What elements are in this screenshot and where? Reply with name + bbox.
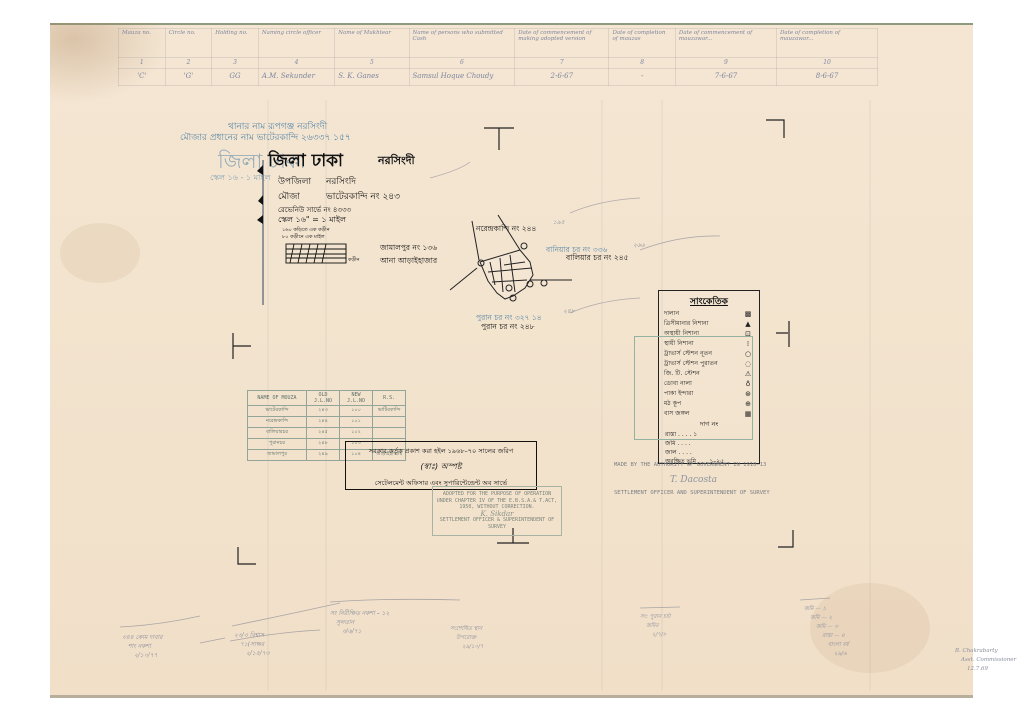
legend-item: মঠ কূপ⊕ xyxy=(659,399,759,409)
table-cell: ২৪৪ xyxy=(307,417,340,428)
pencil-annotation: ২৯/৬ xyxy=(834,651,847,659)
pencil-annotation: B. Chakrabarty xyxy=(955,648,998,654)
legend-item-label: বাস জঙ্গল xyxy=(664,409,690,419)
legend-symbol-icon: ▲ xyxy=(742,319,754,329)
pencil-annotation: ২/৭/৮ xyxy=(652,632,666,640)
table-header: R.S. xyxy=(373,391,406,406)
pencil-annotation: ৩/৬/৭১ xyxy=(342,626,362,637)
table-cell: ২৪৫ xyxy=(307,428,340,439)
table-cell: ভাটেরকান্দি xyxy=(248,406,307,417)
legend-item: দালান▩ xyxy=(659,309,759,319)
legend-symbol-icon: ◌ xyxy=(742,359,754,369)
legend-box: সাংকেতিক দালান▩ত্রিসীমানার নিশানা▲অস্থায… xyxy=(658,290,760,464)
legend-symbol-icon: ⁞ xyxy=(742,339,754,349)
legend-footer-item: জমি . . . . xyxy=(665,439,759,448)
certificate-line-1: সরকার কর্তৃক প্রকাশ করা হইল ১৯৬৮–৭০ সালে… xyxy=(346,446,536,457)
table-cell: ১০০ xyxy=(340,406,373,417)
made-by-officer: SETTLEMENT OFFICER AND SUPERINTENDENT OF… xyxy=(614,490,770,496)
legend-subheading: দাগ নং xyxy=(659,419,759,430)
table-header: OLD J.L.NO xyxy=(307,391,340,406)
legend-item: অস্থায়ী নিশানা⊡ xyxy=(659,329,759,339)
table-cell: ১০১ xyxy=(340,417,373,428)
legend-item: জি. টি. স্টেশন⚠ xyxy=(659,369,759,379)
pencil-annotation: জমি — ১ xyxy=(804,606,826,614)
legend-item-label: ট্রাভার্স স্টেশন পুরাতন xyxy=(664,359,718,369)
legend-footer-item: রাস্তা . . . . ১ xyxy=(665,430,759,439)
map-linework xyxy=(0,0,1024,723)
made-by-signature: T. Dacosta xyxy=(670,475,717,485)
pencil-annotation: সং: পুরান চর্চা xyxy=(640,614,671,622)
legend-item: ট্রাভার্স স্টেশন পুরাতন◌ xyxy=(659,359,759,369)
table-cell: ২৪৯ xyxy=(307,450,340,461)
stamp-footer: SETTLEMENT OFFICER & SUPERINTENDENT OF xyxy=(433,517,561,524)
table-row: বালিয়ারচর২৪৫১০২ xyxy=(248,428,406,439)
pencil-annotation: সংশোধিত স্থান xyxy=(450,626,482,634)
table-row: নরেন্দ্রকান্দি২৪৪১০১ xyxy=(248,417,406,428)
legend-item-label: মঠ কূপ xyxy=(664,399,681,409)
legend-symbol-icon: ▩ xyxy=(742,309,754,319)
certificate-signature: (স্বাঃ) অস্পষ্ট xyxy=(346,461,536,474)
table-header: NAME OF MOUZA xyxy=(248,391,307,406)
legend-item: ত্রিসীমানার নিশানা▲ xyxy=(659,319,759,329)
legend-item-label: পাকা ইন্দারা xyxy=(664,389,693,399)
stamp-footer: SURVEY xyxy=(433,524,561,531)
pencil-annotation: উপরোক্ত xyxy=(456,635,476,643)
pencil-annotation: রাস্তা — ৪ xyxy=(822,633,845,641)
legend-symbol-icon: ▦ xyxy=(742,409,754,419)
certificate-box: সরকার কর্তৃক প্রকাশ করা হইল ১৯৬৮–৭০ সালে… xyxy=(345,441,537,490)
table-cell: পুরানচর xyxy=(248,439,307,450)
table-cell: ১০২ xyxy=(340,428,373,439)
table-row: ভাটেরকান্দি২৪৩১০০ভাটিরকান্দি xyxy=(248,406,406,417)
legend-item: ট্রাভার্স স্টেশন নূতন○ xyxy=(659,349,759,359)
table-cell: নরেন্দ্রকান্দি xyxy=(248,417,307,428)
pencil-annotation: ২/১৫/৭৩ xyxy=(246,648,270,659)
legend-item-label: ত্রিসীমানার নিশানা xyxy=(664,319,709,329)
stamp-line: ADOPTED FOR THE PURPOSE OF OPERATION xyxy=(433,491,561,498)
legend-title: সাংকেতিক xyxy=(659,294,759,309)
legend-item: ডোবা নালা♁ xyxy=(659,379,759,389)
pencil-annotation: বাংলা বর্ষ xyxy=(828,642,849,650)
legend-symbol-icon: ⊛ xyxy=(742,389,754,399)
legend-item: বাস জঙ্গল▦ xyxy=(659,409,759,419)
legend-symbol-icon: ♁ xyxy=(742,379,754,389)
legend-item: পাকা ইন্দারা⊛ xyxy=(659,389,759,399)
legend-item-label: অস্থায়ী নিশানা xyxy=(664,329,699,339)
table-cell: জামালপুর xyxy=(248,450,307,461)
pencil-annotation: 12.7.69 xyxy=(967,666,988,672)
pencil-annotation: ২৯/১০/৭ xyxy=(462,644,484,652)
legend-symbol-icon: ⊕ xyxy=(742,399,754,409)
table-cell: বালিয়ারচর xyxy=(248,428,307,439)
pencil-annotation: ২/১০/৭৭ xyxy=(134,650,158,661)
made-by-text: MADE BY THE AUTHORITY OF GOVERNMENT IN 1… xyxy=(614,462,766,468)
adopted-stamp: ADOPTED FOR THE PURPOSE OF OPERATION UND… xyxy=(432,486,562,536)
legend-symbol-icon: ⊡ xyxy=(742,329,754,339)
table-header: NEW J.L.NO xyxy=(340,391,373,406)
table-header-row: NAME OF MOUZAOLD J.L.NONEW J.L.NOR.S. xyxy=(248,391,406,406)
pencil-annotation: জমি — ২ xyxy=(810,615,832,623)
legend-item-label: ডোবা নালা xyxy=(664,379,692,389)
table-cell: ২৪৮ xyxy=(307,439,340,450)
pencil-annotation: Asst. Commissioner xyxy=(961,657,1016,663)
table-cell: ভাটিরকান্দি xyxy=(373,406,406,417)
table-cell xyxy=(373,428,406,439)
legend-symbol-icon: ⚠ xyxy=(742,369,754,379)
pencil-annotation: জমির xyxy=(646,623,659,631)
legend-footer-item: জাল . . . . xyxy=(665,448,759,457)
table-cell xyxy=(373,417,406,428)
legend-item-label: দালান xyxy=(664,309,679,319)
pencil-annotation: জমি — ৩ xyxy=(816,624,838,632)
legend-item: স্থায়ী নিশানা⁞ xyxy=(659,339,759,349)
legend-item-label: জি. টি. স্টেশন xyxy=(664,369,700,379)
legend-symbol-icon: ○ xyxy=(742,349,754,359)
legend-item-label: ট্রাভার্স স্টেশন নূতন xyxy=(664,349,712,359)
legend-item-label: স্থায়ী নিশানা xyxy=(664,339,694,349)
table-cell: ২৪৩ xyxy=(307,406,340,417)
